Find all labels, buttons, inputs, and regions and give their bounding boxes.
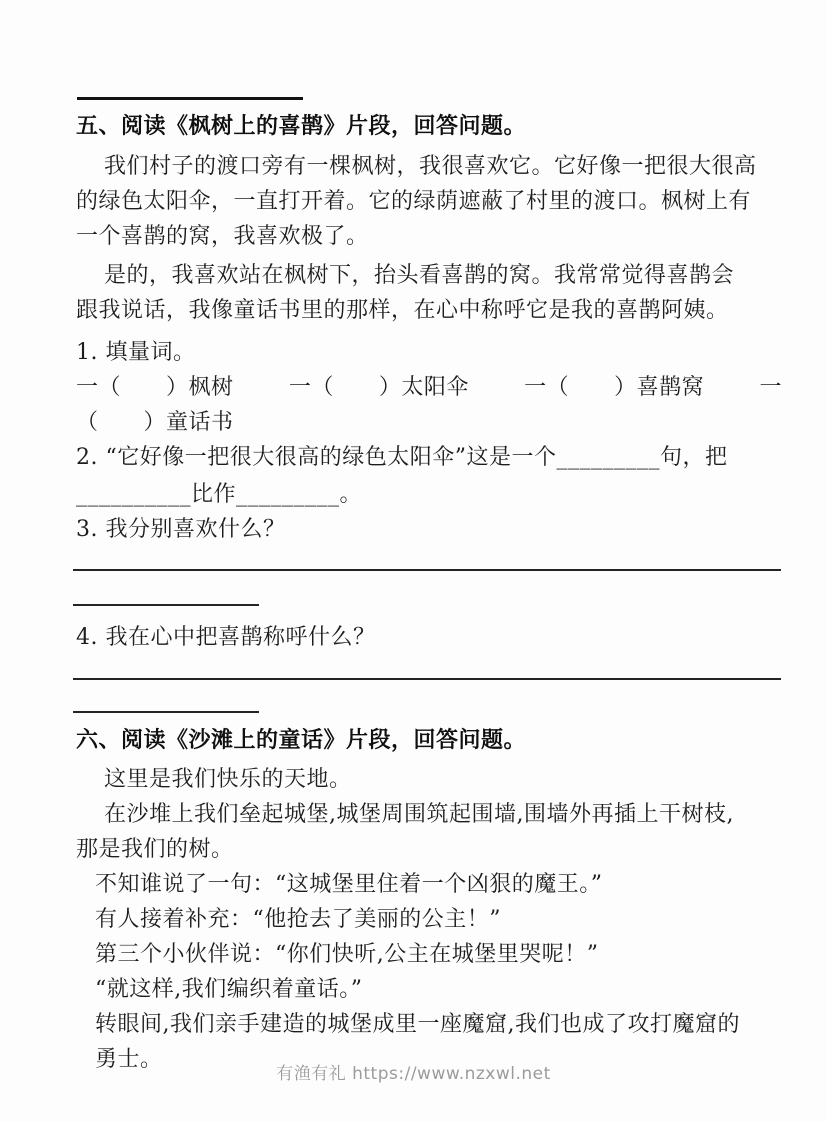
question4-label: 4. 我在心中把喜鹊称呼什么？	[76, 620, 782, 655]
section6-passage-line: “就这样,我们编织着童话。”	[76, 972, 782, 1007]
question1-quantifier-row: 一（ ）枫树 一（ ）太阳伞 一（ ）喜鹊窝 一	[76, 370, 782, 405]
section6-passage-line: 不知谁说了一句：“这城堡里住着一个凶狠的魔王。”	[76, 867, 782, 902]
section5-passage1-line: 的绿色太阳伞，一直打开着。它的绿荫遮蔽了村里的渡口。枫树上有	[76, 184, 782, 219]
section6-passage-line: 那是我们的树。	[76, 832, 782, 867]
quantifier-item: 一	[759, 370, 782, 405]
section6-heading: 六、阅读《沙滩上的童话》片段，回答问题。	[76, 725, 782, 757]
question2-line: __________比作_________。	[76, 477, 782, 512]
previous-answer-blank-rule	[77, 97, 303, 100]
section5-passage2-line: 跟我说话，我像童话书里的那样，在心中称呼它是我的喜鹊阿姨。	[76, 293, 782, 328]
section6-passage-line: 第三个小伙伴说：“你们快听,公主在城堡里哭呢！”	[76, 937, 782, 972]
answer-blank-rule	[73, 711, 259, 713]
worksheet-page: 五、阅读《枫树上的喜鹊》片段，回答问题。 我们村子的渡口旁有一棵枫树，我很喜欢它…	[0, 0, 827, 1122]
answer-blank-rule	[73, 604, 259, 606]
section5-passage2-line: 是的，我喜欢站在枫树下，抬头看喜鹊的窝。我常常觉得喜鹊会	[76, 258, 782, 293]
answer-blank-rule	[73, 569, 781, 571]
section5-heading: 五、阅读《枫树上的喜鹊》片段，回答问题。	[76, 111, 782, 143]
section6-passage-line: 有人接着补充：“他抢去了美丽的公主！”	[76, 902, 782, 937]
watermark-text: 有渔有礼 https://www.nzxwl.net	[276, 1062, 551, 1086]
quantifier-item: 一（ ）枫树	[76, 370, 234, 405]
section6-passage-line: 这里是我们快乐的天地。	[76, 762, 782, 797]
question3-label: 3. 我分别喜欢什么？	[76, 512, 782, 547]
question1-label: 1. 填量词。	[76, 335, 782, 370]
answer-blank-rule	[73, 678, 781, 680]
section5-passage1-line: 一个喜鹊的窝，我喜欢极了。	[76, 219, 782, 254]
question2-line: 2. “它好像一把很大很高的绿色太阳伞”这是一个_________句，把	[76, 440, 782, 475]
section5-passage1-line: 我们村子的渡口旁有一棵枫树，我很喜欢它。它好像一把很大很高	[76, 149, 782, 184]
quantifier-item: 一（ ）喜鹊窝	[524, 370, 704, 405]
question1-quantifier-row2: （ ）童话书	[76, 405, 782, 440]
section6-passage-line: 转眼间,我们亲手建造的城堡成里一座魔窟,我们也成了攻打魔窟的	[76, 1007, 782, 1042]
section6-passage-line: 在沙堆上我们垒起城堡,城堡周围筑起围墙,围墙外再插上干树枝,	[76, 797, 782, 832]
quantifier-item: 一（ ）太阳伞	[289, 370, 469, 405]
